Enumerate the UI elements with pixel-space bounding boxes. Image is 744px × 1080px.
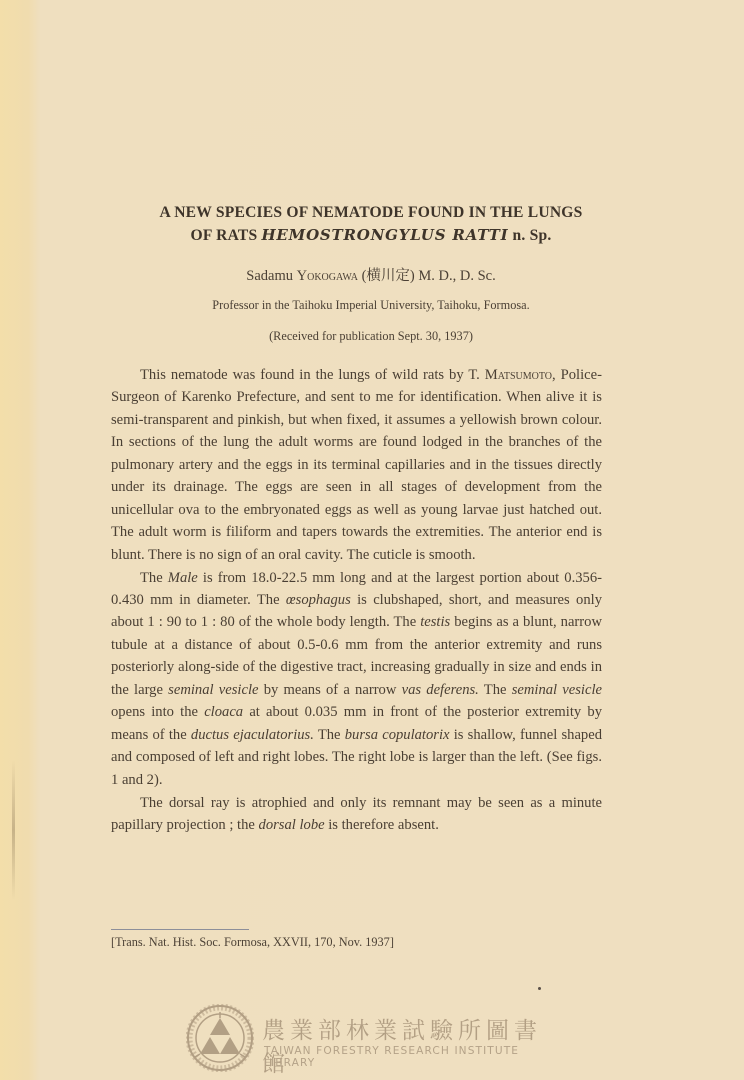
term: ductus ejaculatorius. <box>191 727 314 743</box>
person-name: Matsumoto <box>485 367 552 383</box>
term: vas deferens. <box>402 682 479 698</box>
title-prefix: OF RATS <box>191 227 262 244</box>
title-suffix: n. Sp. <box>508 227 551 244</box>
author-line: Sadamu Yokogawa (横川定) M. D., D. Sc. <box>108 264 634 285</box>
article-title: A NEW SPECIES OF NEMATODE FOUND IN THE L… <box>108 201 634 247</box>
title-line-2: OF RATS HEMOSTRONGYLUS RATTI n. Sp. <box>108 224 634 247</box>
ink-speck <box>538 987 541 990</box>
affiliation: Professor in the Taihoku Imperial Univer… <box>108 298 634 313</box>
text: is therefore absent. <box>325 817 439 833</box>
paragraph-3: The dorsal ray is atrophied and only its… <box>111 792 602 837</box>
text: , Police-Surgeon of Karenko Prefecture, … <box>111 367 602 563</box>
document-page: A NEW SPECIES OF NEMATODE FOUND IN THE L… <box>0 0 744 1080</box>
paragraph-1: This nematode was found in the lungs of … <box>111 364 602 566</box>
term: testis <box>420 614 450 630</box>
term: Male <box>168 570 198 586</box>
term: seminal vesicle <box>168 682 258 698</box>
species-name: HEMOSTRONGYLUS RATTI <box>261 226 508 244</box>
term: cloaca <box>204 704 243 720</box>
library-seal-icon <box>186 1004 254 1072</box>
term: dorsal lobe <box>259 817 325 833</box>
title-line-1: A NEW SPECIES OF NEMATODE FOUND IN THE L… <box>160 204 583 221</box>
binding-shadow <box>12 760 15 900</box>
text: This nematode was found in the lungs of … <box>140 367 485 383</box>
text: opens into the <box>111 704 204 720</box>
term: bursa copulatorix <box>345 727 450 743</box>
text: The <box>140 570 168 586</box>
library-name-english: TAIWAN FORESTRY RESEARCH INSTITUTE LIBRA… <box>264 1045 566 1069</box>
library-stamp: 農業部林業試驗所圖書館 TAIWAN FORESTRY RESEARCH INS… <box>186 1004 566 1074</box>
paragraph-2: The Male is from 18.0-22.5 mm long and a… <box>111 567 602 792</box>
text: The <box>314 727 345 743</box>
article-body: This nematode was found in the lungs of … <box>111 364 602 837</box>
term: œsophagus <box>286 592 351 608</box>
citation: [Trans. Nat. Hist. Soc. Formosa, XXVII, … <box>111 935 394 950</box>
author-first-name: Sadamu <box>246 268 296 284</box>
term: seminal vesicle <box>512 682 602 698</box>
received-date: (Received for publication Sept. 30, 1937… <box>108 329 634 344</box>
footnote-rule <box>111 929 249 930</box>
text: by means of a narrow <box>258 682 401 698</box>
author-last-name: Yokogawa <box>297 268 358 284</box>
author-credentials: (横川定) M. D., D. Sc. <box>358 268 496 284</box>
text: The <box>479 682 512 698</box>
